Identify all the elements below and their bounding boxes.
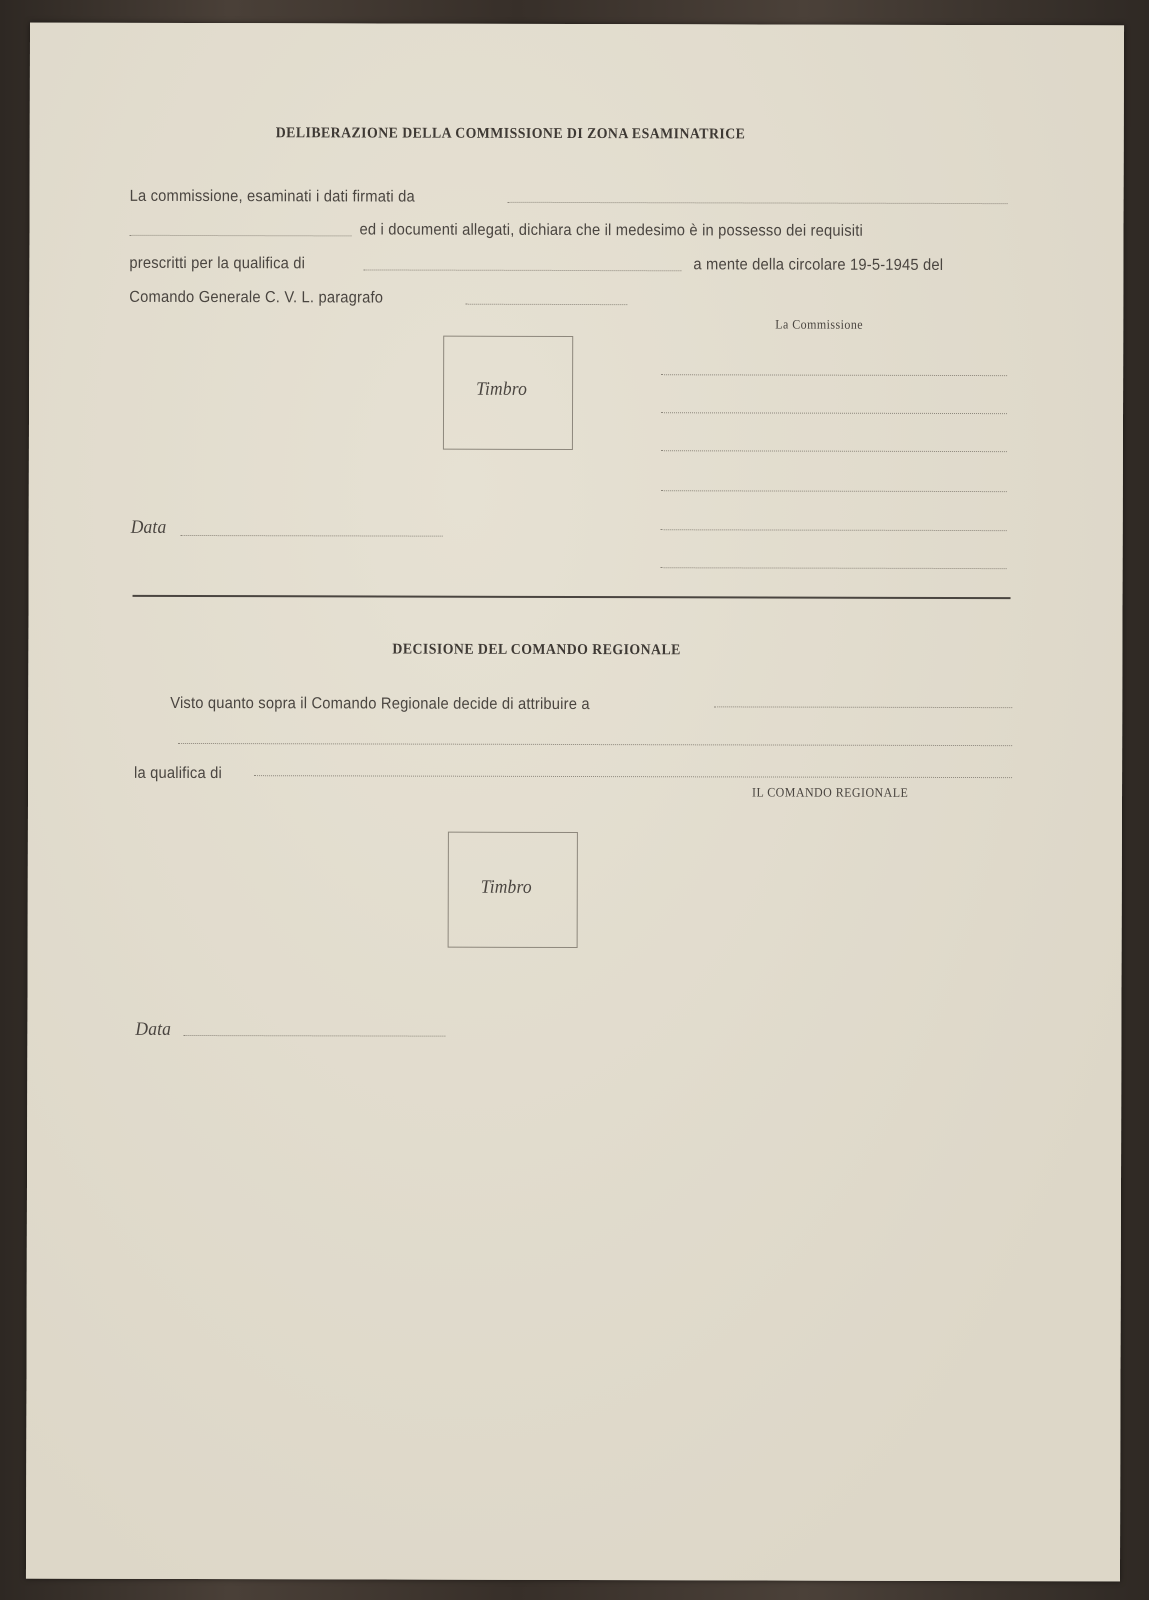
commission-label: La Commissione (775, 317, 863, 333)
field-attribute-to-2[interactable] (178, 743, 1012, 746)
s1-line3a: prescritti per la qualifica di (129, 255, 305, 273)
signature-line-4[interactable] (661, 490, 1007, 492)
stamp-box-2: Timbro (448, 832, 578, 948)
section1-title: DELIBERAZIONE DELLA COMMISSIONE DI ZONA … (276, 125, 746, 143)
signature-line-6[interactable] (661, 567, 1007, 569)
signature-line-2[interactable] (661, 412, 1007, 414)
signature-line-5[interactable] (661, 529, 1007, 531)
field-paragrafo[interactable] (465, 304, 627, 305)
s1-line2: ed i documenti allegati, dichiara che il… (359, 221, 863, 240)
date-label: Data (131, 517, 167, 539)
s1-line3b: a mente della circolare 19-5-1945 del (693, 256, 943, 275)
s2-line3: la qualifica di (134, 765, 222, 783)
s1-line4: Comando Generale C. V. L. paragrafo (129, 289, 383, 308)
field-qualifica[interactable] (363, 269, 681, 271)
field-signed-by[interactable] (508, 202, 1008, 204)
stamp-label: Timbro (476, 379, 527, 401)
stamp-label-2: Timbro (481, 877, 532, 899)
stamp-box: Timbro (443, 336, 573, 450)
field-attribute-to[interactable] (714, 706, 1012, 708)
signature-line-3[interactable] (661, 450, 1007, 452)
s2-line1: Visto quanto sopra il Comando Regionale … (170, 695, 590, 714)
document-page: DELIBERAZIONE DELLA COMMISSIONE DI ZONA … (26, 23, 1124, 1582)
date-field[interactable] (181, 535, 443, 537)
date-field-2[interactable] (183, 1035, 445, 1037)
field-qualifica-2[interactable] (254, 775, 1012, 778)
signature-line-1[interactable] (661, 374, 1007, 376)
date-label-2: Data (135, 1019, 171, 1041)
field-name[interactable] (129, 235, 351, 237)
s1-line1: La commissione, esaminati i dati firmati… (130, 188, 415, 207)
regional-command-label: IL COMANDO REGIONALE (752, 784, 908, 800)
section-divider (133, 595, 1011, 599)
section2-title: DECISIONE DEL COMANDO REGIONALE (392, 642, 680, 660)
